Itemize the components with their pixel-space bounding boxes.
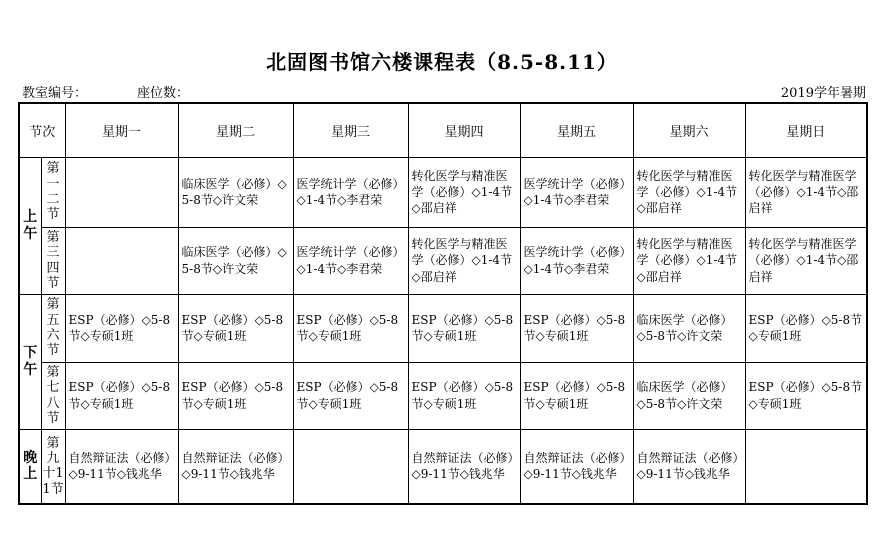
period-label-3-4: 第三四节: [41, 227, 65, 294]
day-header-sunday: 星期日: [745, 103, 867, 157]
course-cell: ESP（必修）◇5-8节◇专硕1班: [408, 294, 520, 362]
course-cell: 自然辩证法（必修）◇9-11节◇钱兆华: [520, 429, 633, 504]
page-title: 北固图书馆六楼课程表（8.5-8.11）: [0, 46, 884, 75]
course-cell: 自然辩证法（必修）◇9-11节◇钱兆华: [178, 429, 293, 504]
group-label-afternoon: 下午: [19, 294, 41, 429]
course-cell: ESP（必修）◇5-8节◇专硕1班: [745, 294, 867, 362]
course-cell: ESP（必修）◇5-8节◇专硕1班: [520, 362, 633, 429]
day-header-friday: 星期五: [520, 103, 633, 157]
classroom-number-label: 教室编号：: [22, 82, 87, 101]
course-cell: 转化医学与精准医学（必修）◇1-4节◇邵启祥: [633, 227, 745, 294]
course-cell: 转化医学与精准医学（必修）◇1-4节◇邵启祥: [408, 227, 520, 294]
course-cell: [65, 227, 178, 294]
period-label-5-6: 第五六节: [41, 294, 65, 362]
day-header-saturday: 星期六: [633, 103, 745, 157]
period-label-7-8: 第七八节: [41, 362, 65, 429]
subheader: 教室编号： 座位数： 2019学年暑期: [18, 82, 866, 101]
corner-header-period: 节次: [19, 103, 65, 157]
seat-count-label: 座位数：: [137, 82, 189, 101]
course-cell: [65, 157, 178, 227]
table-row: 晚上 第九十11节 自然辩证法（必修）◇9-11节◇钱兆华 自然辩证法（必修）◇…: [19, 429, 867, 504]
day-header-monday: 星期一: [65, 103, 178, 157]
term-label: 2019学年暑期: [781, 82, 866, 101]
course-cell: ESP（必修）◇5-8节◇专硕1班: [745, 362, 867, 429]
course-cell: 临床医学（必修）◇5-8节◇许文荣: [178, 227, 293, 294]
course-cell: ESP（必修）◇5-8节◇专硕1班: [293, 362, 408, 429]
period-label-9-11: 第九十11节: [41, 429, 65, 504]
course-timetable: 节次 星期一 星期二 星期三 星期四 星期五 星期六 星期日 上午 第一二节 临…: [18, 102, 868, 505]
course-cell: ESP（必修）◇5-8节◇专硕1班: [408, 362, 520, 429]
course-cell: 自然辩证法（必修）◇9-11节◇钱兆华: [408, 429, 520, 504]
day-header-tuesday: 星期二: [178, 103, 293, 157]
day-header-thursday: 星期四: [408, 103, 520, 157]
period-label-1-2: 第一二节: [41, 157, 65, 227]
table-row: 下午 第五六节 ESP（必修）◇5-8节◇专硕1班 ESP（必修）◇5-8节◇专…: [19, 294, 867, 362]
group-label-morning: 上午: [19, 157, 41, 294]
course-cell: [293, 429, 408, 504]
course-cell: ESP（必修）◇5-8节◇专硕1班: [65, 294, 178, 362]
course-cell: 转化医学与精准医学（必修）◇1-4节◇邵启祥: [408, 157, 520, 227]
course-cell: 临床医学（必修）◇5-8节◇许文荣: [178, 157, 293, 227]
table-row: 上午 第一二节 临床医学（必修）◇5-8节◇许文荣 医学统计学（必修）◇1-4节…: [19, 157, 867, 227]
course-cell: 自然辩证法（必修）◇9-11节◇钱兆华: [65, 429, 178, 504]
table-row: 第七八节 ESP（必修）◇5-8节◇专硕1班 ESP（必修）◇5-8节◇专硕1班…: [19, 362, 867, 429]
course-cell: ESP（必修）◇5-8节◇专硕1班: [65, 362, 178, 429]
course-cell: ESP（必修）◇5-8节◇专硕1班: [293, 294, 408, 362]
course-cell: ESP（必修）◇5-8节◇专硕1班: [520, 294, 633, 362]
table-row: 第三四节 临床医学（必修）◇5-8节◇许文荣 医学统计学（必修）◇1-4节◇李君…: [19, 227, 867, 294]
course-cell: [745, 429, 867, 504]
course-cell: 转化医学与精准医学（必修）◇1-4节◇邵启祥: [745, 227, 867, 294]
course-cell: 医学统计学（必修）◇1-4节◇李君荣: [520, 227, 633, 294]
course-cell: 自然辩证法（必修）◇9-11节◇钱兆华: [633, 429, 745, 504]
course-cell: 医学统计学（必修）◇1-4节◇李君荣: [293, 227, 408, 294]
course-cell: ESP（必修）◇5-8节◇专硕1班: [178, 294, 293, 362]
group-label-evening: 晚上: [19, 429, 41, 504]
course-cell: 临床医学（必修）◇5-8节◇许文荣: [633, 362, 745, 429]
course-cell: 临床医学（必修）◇5-8节◇许文荣: [633, 294, 745, 362]
day-header-wednesday: 星期三: [293, 103, 408, 157]
course-cell: ESP（必修）◇5-8节◇专硕1班: [178, 362, 293, 429]
course-cell: 转化医学与精准医学（必修）◇1-4节◇邵启祥: [745, 157, 867, 227]
course-cell: 医学统计学（必修）◇1-4节◇李君荣: [293, 157, 408, 227]
course-cell: 医学统计学（必修）◇1-4节◇李君荣: [520, 157, 633, 227]
course-cell: 转化医学与精准医学（必修）◇1-4节◇邵启祥: [633, 157, 745, 227]
header-row: 节次 星期一 星期二 星期三 星期四 星期五 星期六 星期日: [19, 103, 867, 157]
timetable-page: 北固图书馆六楼课程表（8.5-8.11） 教室编号： 座位数： 2019学年暑期…: [0, 0, 884, 505]
